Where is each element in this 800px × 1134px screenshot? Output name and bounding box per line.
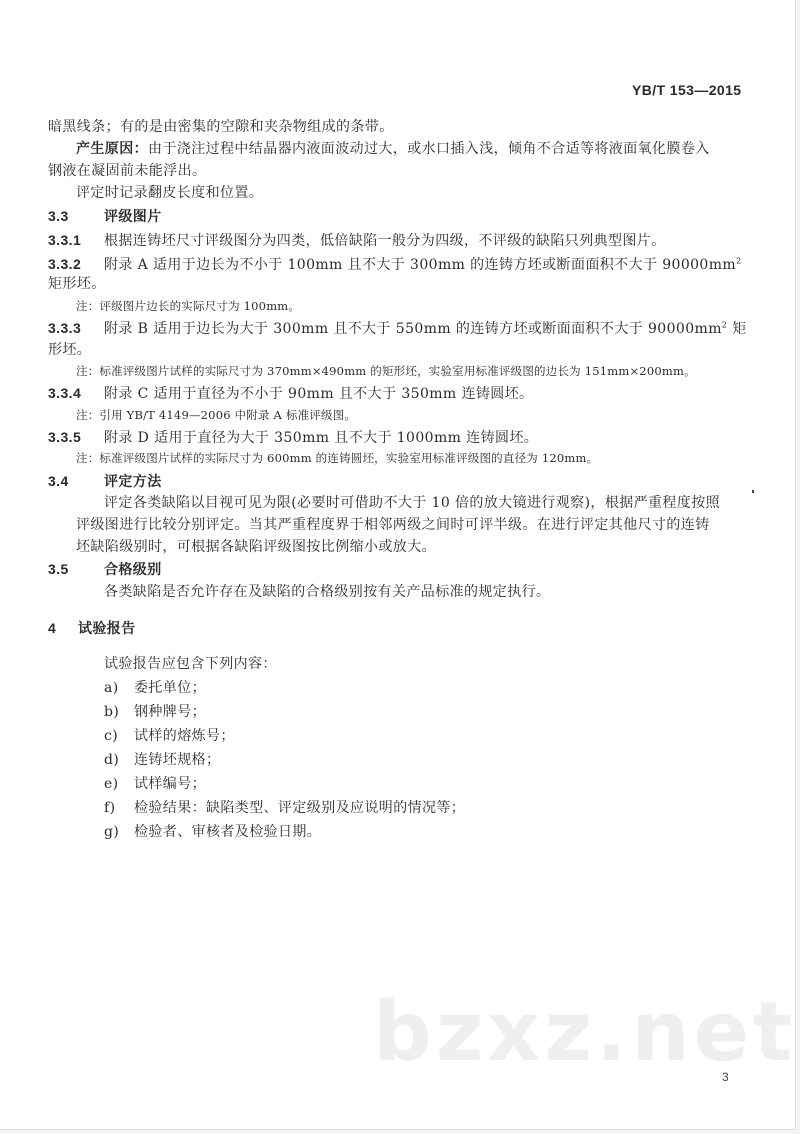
list-item: a)委托单位； <box>104 678 206 698</box>
list-text: 检验者、审核者及检验日期。 <box>134 824 321 840</box>
clause-text: 附录 A 适用于边长为不小于 100mm 且不大于 300mm 的连铸方坯或断面… <box>104 257 736 273</box>
page-number: 3 <box>722 1070 729 1084</box>
superscript: 2 <box>736 256 742 265</box>
section-heading-4: 4试验报告 <box>48 618 136 639</box>
clause-number: 3.3.2 <box>48 254 104 274</box>
note: 注：标准评级图片试样的实际尺寸为 600mm 的连铸圆坯，实验室用标准评级图的直… <box>76 448 598 468</box>
clause-3-3-1: 3.3.1根据连铸坯尺寸评级图分为四类，低倍缺陷一般分为四级，不评级的缺陷只列典… <box>48 230 666 251</box>
list-item: b)钢种牌号； <box>104 702 206 722</box>
section-number: 3.4 <box>48 471 104 491</box>
note: 注：标准评级图片试样的实际尺寸为 370mm×490mm 的矩形坯，实验室用标准… <box>76 361 696 381</box>
clause-text-tail: 矩 <box>727 321 746 337</box>
section-heading-3-5: 3.5合格级别 <box>48 559 162 580</box>
list-label: b) <box>104 702 134 722</box>
list-text: 连铸坯规格； <box>134 752 220 768</box>
clause-3-3-4: 3.3.4附录 C 适用于直径为不小于 90mm 且不大于 350mm 连铸圆坯… <box>48 383 533 404</box>
clause-continuation: 形坯。 <box>48 340 91 360</box>
note: 注：评级图片边长的实际尺寸为 100mm。 <box>76 296 300 316</box>
clause-text: 附录 C 适用于直径为不小于 90mm 且不大于 350mm 连铸圆坯。 <box>104 386 533 402</box>
paragraph-line: 钢液在凝固前未能浮出。 <box>48 161 206 181</box>
note: 注：引用 YB/T 4149—2006 中附录 A 标准评级图。 <box>76 405 356 425</box>
list-item: d)连铸坯规格； <box>104 750 220 770</box>
paragraph-line: 评定各类缺陷以目视可见为限(必要时可借助不大于 10 倍的放大镜进行观察)，根据… <box>104 493 720 513</box>
clause-3-3-3: 3.3.3附录 B 适用于边长为大于 300mm 且不大于 550mm 的连铸方… <box>48 318 747 339</box>
clause-continuation: 矩形坯。 <box>48 274 106 294</box>
paragraph-line: 各类缺陷是否允许存在及缺陷的合格级别按有关产品标准的规定执行。 <box>104 582 550 602</box>
clause-number: 3.3.5 <box>48 427 104 447</box>
section-number: 3.3 <box>48 206 104 226</box>
cause-label: 产生原因： <box>76 141 148 157</box>
scan-speck <box>752 490 754 493</box>
list-item: e)试样编号； <box>104 774 206 794</box>
list-label: a) <box>104 678 134 698</box>
paragraph-line: 暗黑线条；有的是由密集的空隙和夹杂物组成的条带。 <box>48 117 394 137</box>
clause-3-3-5: 3.3.5附录 D 适用于直径为大于 350mm 且不大于 1000mm 连铸圆… <box>48 427 538 448</box>
cause-text: 由于浇注过程中结晶器内液面波动过大，或水口插入浅，倾角不合适等将液面氧化膜卷入 <box>148 141 710 157</box>
section-number: 3.5 <box>48 559 104 579</box>
paragraph-line: 试验报告应包含下列内容： <box>104 654 277 674</box>
clause-number: 3.3.4 <box>48 383 104 403</box>
list-label: g) <box>104 822 134 842</box>
list-text: 试样的熔炼号； <box>134 728 235 744</box>
watermark: bzxz.net <box>373 985 796 1080</box>
clause-number: 3.3.3 <box>48 318 104 338</box>
paragraph-cause: 产生原因：由于浇注过程中结晶器内液面波动过大，或水口插入浅，倾角不合适等将液面氧… <box>76 139 710 159</box>
paragraph-line: 评级图进行比较分别评定。当其严重程度界于相邻两级之间时可评半级。在进行评定其他尺… <box>76 515 710 535</box>
section-title: 评级图片 <box>104 209 162 225</box>
clause-number: 3.3.1 <box>48 230 104 250</box>
paragraph-line: 评定时记录翻皮长度和位置。 <box>76 183 263 203</box>
list-item: c)试样的熔炼号； <box>104 726 235 746</box>
list-text: 委托单位； <box>134 680 206 696</box>
section-title: 评定方法 <box>104 474 162 490</box>
clause-3-3-2: 3.3.2附录 A 适用于边长为不小于 100mm 且不大于 300mm 的连铸… <box>48 254 742 275</box>
list-label: d) <box>104 750 134 770</box>
section-heading-3-4: 3.4评定方法 <box>48 471 162 492</box>
list-item: f)检验结果：缺陷类型、评定级别及应说明的情况等； <box>104 798 465 818</box>
list-item: g)检验者、审核者及检验日期。 <box>104 822 321 842</box>
list-text: 检验结果：缺陷类型、评定级别及应说明的情况等； <box>134 800 465 816</box>
paragraph-line: 坯缺陷级别时，可根据各缺陷评级图按比例缩小或放大。 <box>76 537 436 557</box>
section-heading-3-3: 3.3评级图片 <box>48 206 162 227</box>
clause-text: 根据连铸坯尺寸评级图分为四类，低倍缺陷一般分为四级，不评级的缺陷只列典型图片。 <box>104 233 666 249</box>
list-text: 钢种牌号； <box>134 704 206 720</box>
list-label: f) <box>104 798 134 818</box>
section-number: 4 <box>48 618 78 638</box>
document-page: YB/T 153—2015 暗黑线条；有的是由密集的空隙和夹杂物组成的条带。 产… <box>0 0 796 1130</box>
standard-code: YB/T 153—2015 <box>632 80 741 100</box>
clause-text: 附录 D 适用于直径为大于 350mm 且不大于 1000mm 连铸圆坯。 <box>104 430 538 446</box>
clause-text: 附录 B 适用于边长为大于 300mm 且不大于 550mm 的连铸方坯或断面面… <box>104 321 722 337</box>
list-label: e) <box>104 774 134 794</box>
section-title: 试验报告 <box>78 621 136 637</box>
list-label: c) <box>104 726 134 746</box>
list-text: 试样编号； <box>134 776 206 792</box>
section-title: 合格级别 <box>104 562 162 578</box>
